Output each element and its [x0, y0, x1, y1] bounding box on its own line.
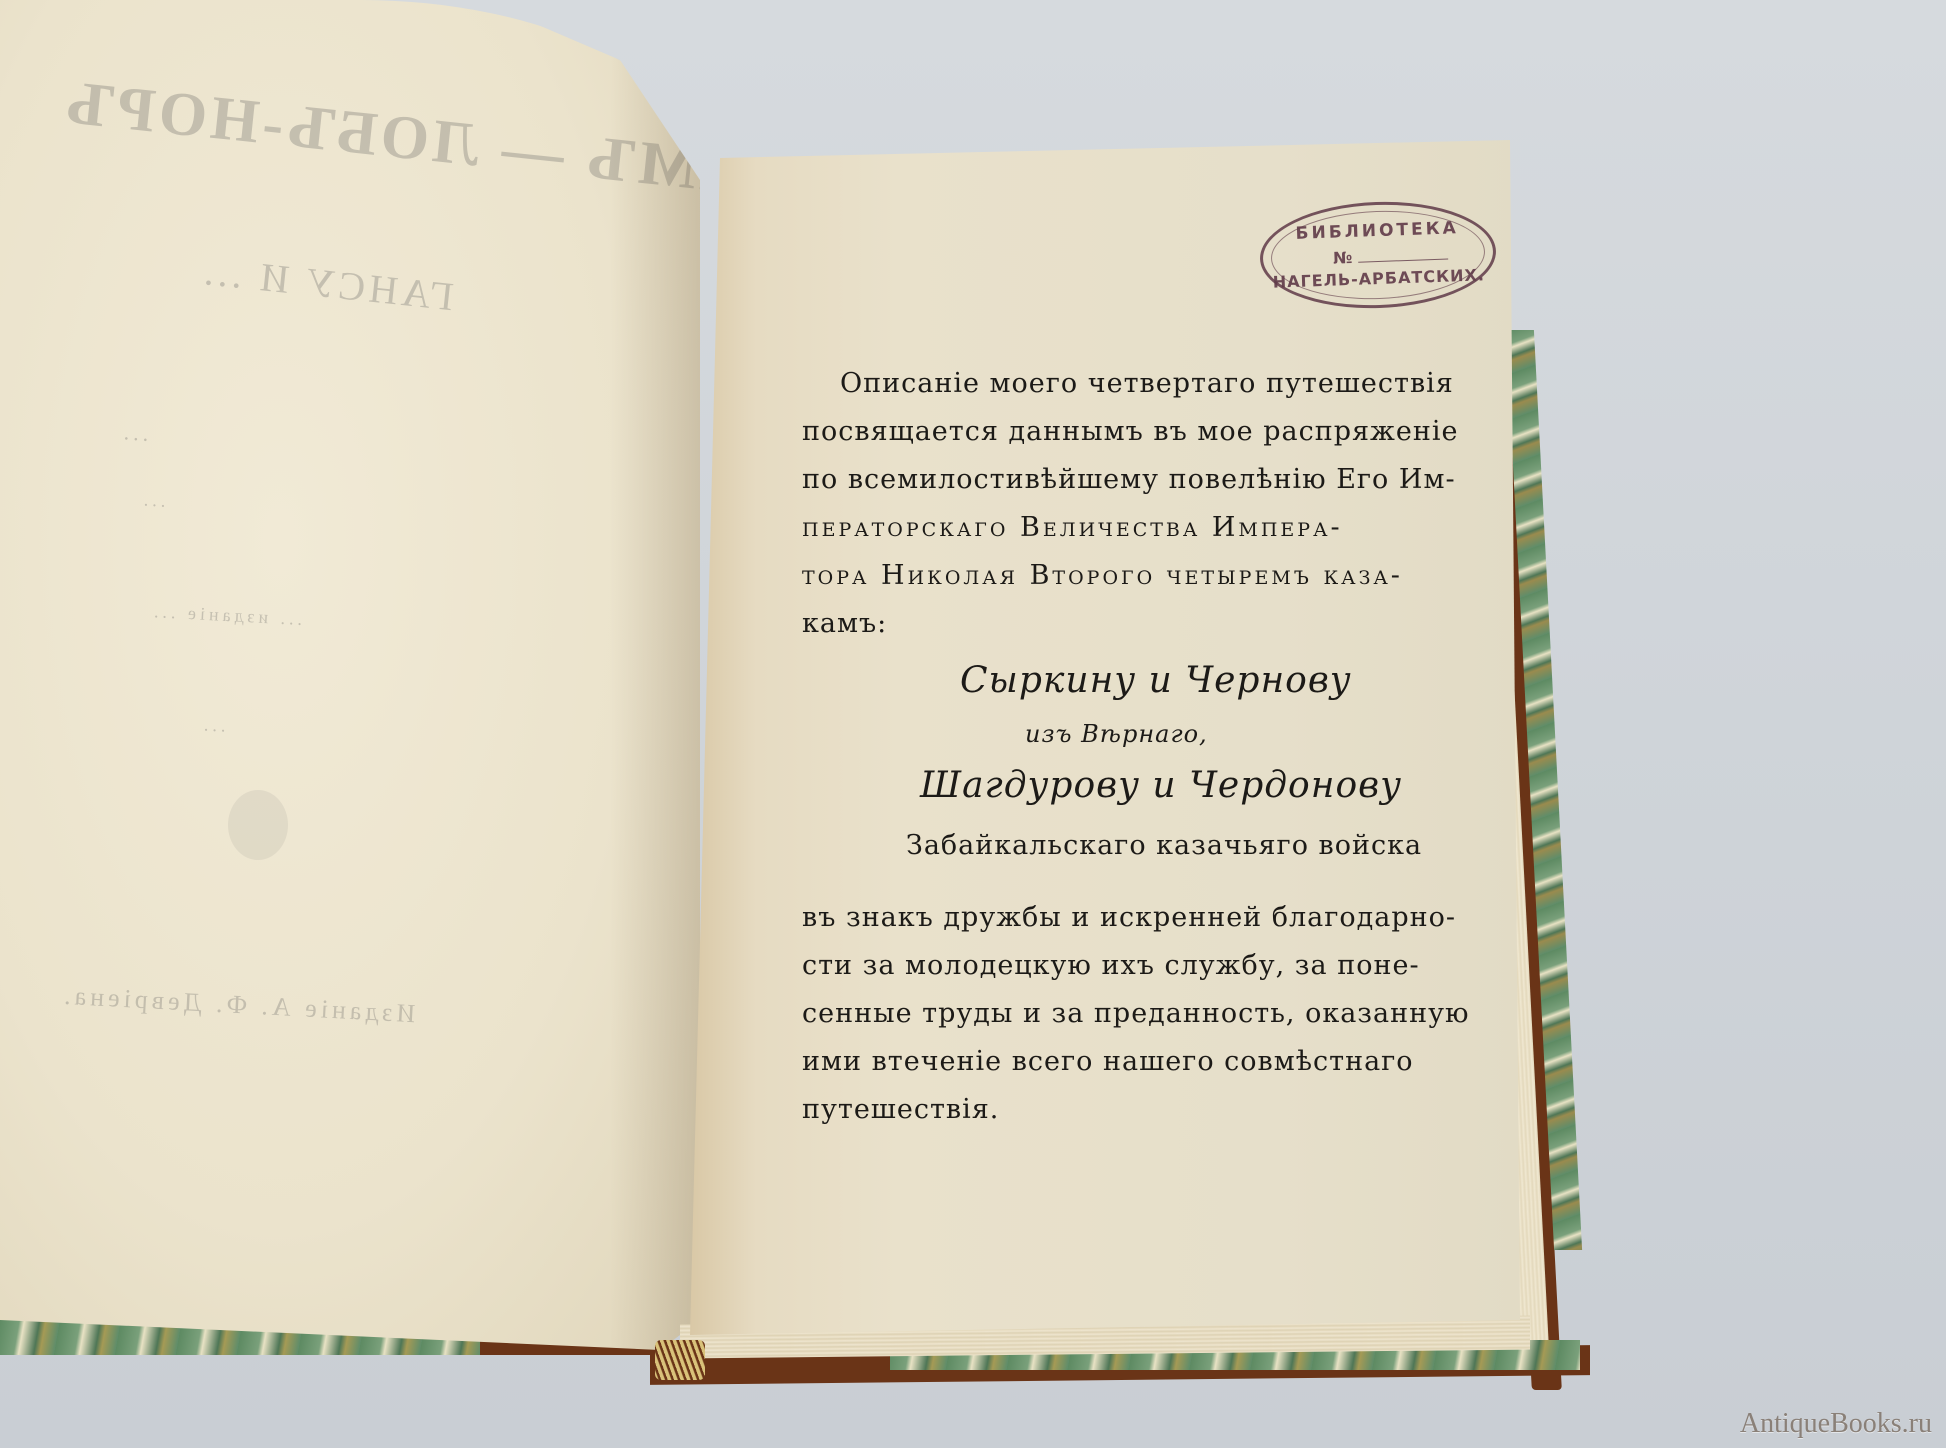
left-page: ТАРИМЪ — ЛОБЪ-НОРЪ ГАНСУ И ... ... ... .…: [0, 0, 700, 1350]
dedication-line: ператорскаго Величества Импера-: [802, 512, 1343, 543]
dedication-line: Описаніе моего четвертаго путешествія: [840, 368, 1454, 399]
showthrough-line: ...: [199, 714, 226, 736]
gutter-shadow: [610, 0, 700, 1350]
showthrough-line: ... изданіе ...: [150, 601, 303, 630]
library-stamp: БИБЛИОТЕКА № НАГЕЛЬ-АРБАТСКИХ.: [1258, 198, 1498, 312]
watermark-text: AntiqueBooks.ru: [1740, 1408, 1932, 1440]
dedication-line: посвящается даннымъ въ мое распряженіе: [802, 416, 1458, 447]
cossack-names-2: Шагдурову и Чердонову: [920, 765, 1402, 806]
stamp-owner: НАГЕЛЬ-АРБАТСКИХ.: [1264, 265, 1495, 292]
army-line: Забайкальскаго казачьяго войска: [906, 830, 1422, 861]
right-page: БИБЛИОТЕКА № НАГЕЛЬ-АРБАТСКИХ. Описаніе …: [690, 140, 1520, 1335]
spine-headband: [655, 1340, 705, 1380]
dedication-line: сти за молодецкую ихъ службу, за поне-: [802, 950, 1420, 981]
showthrough-line: ...: [139, 489, 166, 512]
dedication-line: ими втеченіе всего нашего совмѣстнаго: [802, 1046, 1414, 1077]
dedication-line: путешествія.: [802, 1094, 999, 1125]
stamp-title: БИБЛИОТЕКА: [1262, 217, 1493, 245]
dedication-line: сенные труды и за преданность, оказанную: [802, 998, 1470, 1029]
showthrough-subtitle: ГАНСУ И ...: [198, 247, 455, 320]
dedication-text: БИБЛИОТЕКА № НАГЕЛЬ-АРБАТСКИХ. Описаніе …: [690, 140, 1520, 1335]
dedication-line: камъ:: [802, 608, 887, 639]
stamp-number-blank: [1358, 259, 1448, 263]
showthrough-publisher: Изданіе А. Ф. Девріена.: [59, 981, 416, 1030]
cossack-names-1: Сыркину и Чернову: [960, 660, 1352, 701]
from-verny: изъ Вѣрнаго,: [1025, 720, 1208, 748]
showthrough-emblem-icon: [228, 790, 288, 860]
showthrough-line: ...: [119, 419, 149, 447]
dedication-line: по всемилостивѣйшему повелѣнію Его Им-: [802, 464, 1456, 495]
stamp-number-label: №: [1333, 248, 1353, 268]
dedication-line: въ знакъ дружбы и искренней благодарно-: [802, 902, 1456, 933]
dedication-line: тора Николая Второго четыремъ каза-: [802, 560, 1403, 591]
